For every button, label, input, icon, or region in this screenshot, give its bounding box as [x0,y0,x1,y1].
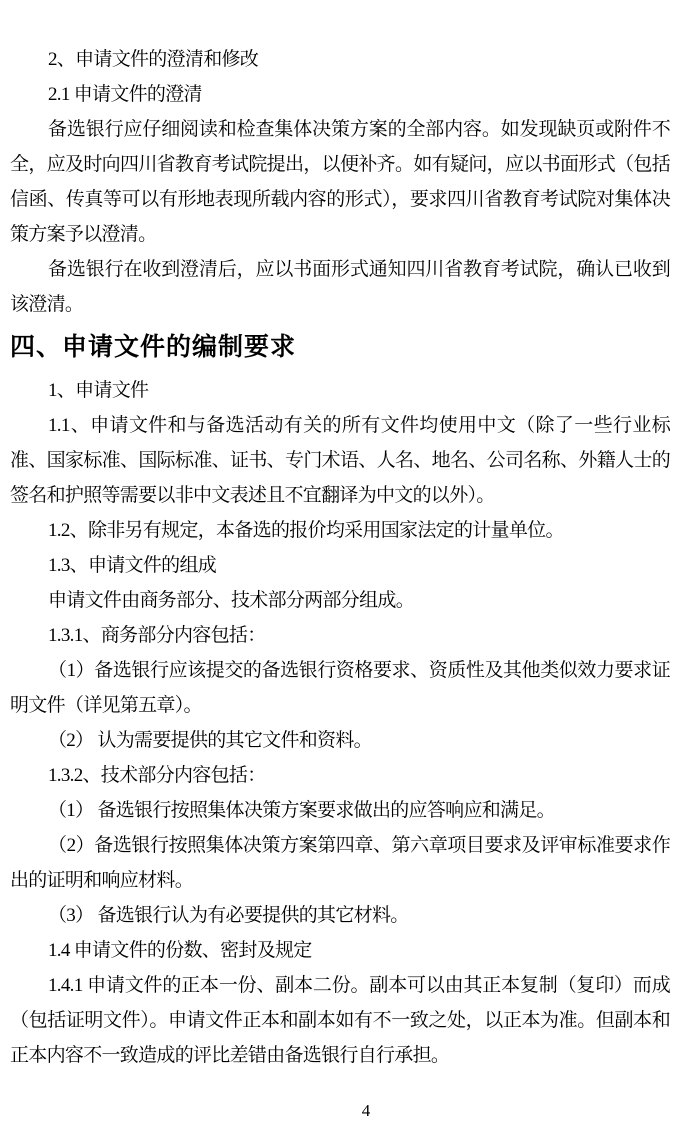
paragraph-technical-part-heading: 1.3.2、技术部分内容包括： [10,758,670,793]
paragraph-business-item-1: （1）备选银行应该提交的备选银行资格要求、资质性及其他类似效力要求证明文件（详见… [10,653,670,723]
paragraph-clarification-subheading: 2.1 申请文件的澄清 [10,77,670,112]
paragraph-read-check-contents: 备选银行应仔细阅读和检查集体决策方案的全部内容。如发现缺页或附件不全，应及时向四… [10,112,670,252]
paragraph-language-requirement: 1.1、申请文件和与备选活动有关的所有文件均使用中文（除了一些行业标准、国家标准… [10,408,670,513]
paragraph-technical-item-3: （3） 备选银行认为有必要提供的其它材料。 [10,898,670,933]
paragraph-business-item-2: （2） 认为需要提供的其它文件和资料。 [10,723,670,758]
paragraph-business-part-heading: 1.3.1、商务部分内容包括： [10,618,670,653]
document-page: 2、申请文件的澄清和修改 2.1 申请文件的澄清 备选银行应仔细阅读和检查集体决… [0,0,680,1134]
paragraph-clarification-modification: 2、申请文件的澄清和修改 [10,42,670,77]
paragraph-application-documents: 1、申请文件 [10,373,670,408]
paragraph-technical-item-1: （1） 备选银行按照集体决策方案要求做出的应答响应和满足。 [10,793,670,828]
page-number: 4 [26,1099,680,1123]
paragraph-confirm-receipt: 备选银行在收到澄清后，应以书面形式通知四川省教育考试院，确认已收到该澄清。 [10,252,670,322]
paragraph-copies-sealing-heading: 1.4 申请文件的份数、密封及规定 [10,933,670,968]
paragraph-original-duplicate-rules: 1.4.1 申请文件的正本一份、副本二份。副本可以由其正本复制（复印）而成（包括… [10,968,670,1073]
paragraph-technical-item-2: （2）备选银行按照集体决策方案第四章、第六章项目要求及评审标准要求作出的证明和响… [10,828,670,898]
paragraph-composition-subheading: 1.3、申请文件的组成 [10,548,670,583]
paragraph-two-parts: 申请文件由商务部分、技术部分两部分组成。 [10,583,670,618]
paragraph-measurement-units: 1.2、除非另有规定，本备选的报价均采用国家法定的计量单位。 [10,513,670,548]
document-body: 2、申请文件的澄清和修改 2.1 申请文件的澄清 备选银行应仔细阅读和检查集体决… [0,0,680,1073]
section-heading-chapter4: 四、申请文件的编制要求 [10,327,670,367]
